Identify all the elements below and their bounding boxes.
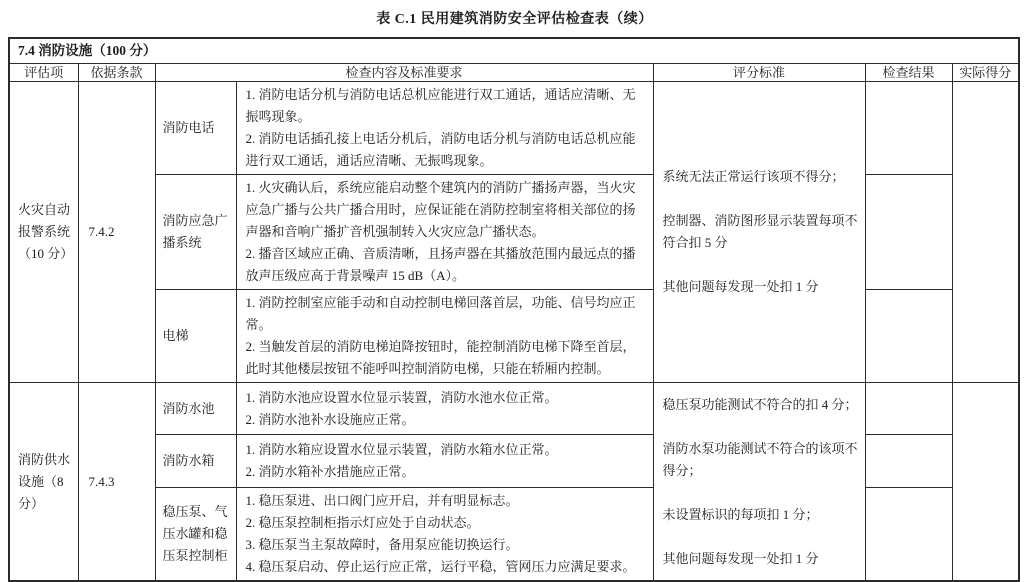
content-cell: 1. 稳压泵进、出口阀门应开启，并有明显标志。 2. 稳压泵控制柜指示灯应处于自… xyxy=(236,488,653,582)
subitem-name-elevator: 电梯 xyxy=(155,290,236,383)
subitem-name-stabilizer-pump: 稳压泵、气压水罐和稳压泵控制柜 xyxy=(155,488,236,582)
scoring-cell: 系统无法正常运行该项不得分； 控制器、消防图形显示装置每项不符合扣 5 分 其他… xyxy=(653,82,865,383)
content-line: 1. 稳压泵进、出口阀门应开启，并有明显标志。 xyxy=(246,490,647,512)
section-header-row: 7.4 消防设施（100 分） xyxy=(9,38,1019,64)
scoring-line: 系统无法正常运行该项不得分； xyxy=(663,166,859,188)
content-line: 2. 消防水池补水设施应正常。 xyxy=(246,409,647,431)
content-line: 2. 稳压泵控制柜指示灯应处于自动状态。 xyxy=(246,512,647,534)
content-cell: 1. 消防水池应设置水位显示装置，消防水池水位正常。 2. 消防水池补水设施应正… xyxy=(236,383,653,435)
col-header-item: 评估项 xyxy=(9,64,78,82)
content-line: 4. 稳压泵启动、停止运行应正常，运行平稳，管网压力应满足要求。 xyxy=(246,556,647,578)
scoring-line: 未设置标识的每项扣 1 分； xyxy=(663,504,859,526)
result-cell-empty xyxy=(865,383,952,435)
result-cell-empty xyxy=(865,175,952,290)
table-row: 火灾自动报警系统（10 分） 7.4.2 消防电话 1. 消防电话分机与消防电话… xyxy=(9,82,1019,175)
score-cell-empty xyxy=(952,383,1019,582)
table-row: 稳压泵、气压水罐和稳压泵控制柜 1. 稳压泵进、出口阀门应开启，并有明显标志。 … xyxy=(9,488,1019,582)
scoring-line: 消防水泵功能测试不符合的该项不得分； xyxy=(663,438,859,482)
col-header-score: 实际得分 xyxy=(952,64,1019,82)
subitem-name-fire-pool: 消防水池 xyxy=(155,383,236,435)
score-cell-empty xyxy=(952,82,1019,383)
content-line: 2. 当触发首层的消防电梯迫降按钮时，能控制消防电梯下降至首层，此时其他楼层按钮… xyxy=(246,336,647,380)
table-row: 电梯 1. 消防控制室应能手动和自动控制电梯回落首层，功能、信号均应正常。 2.… xyxy=(9,290,1019,383)
scoring-line: 其他问题每发现一处扣 1 分 xyxy=(663,276,859,298)
subitem-name-fire-telephone: 消防电话 xyxy=(155,82,236,175)
content-line: 3. 稳压泵当主泵故障时，备用泵应能切换运行。 xyxy=(246,534,647,556)
scoring-line: 其他问题每发现一处扣 1 分 xyxy=(663,548,859,570)
content-line: 2. 消防水箱补水措施应正常。 xyxy=(246,461,647,483)
clause-cell: 7.4.2 xyxy=(78,82,155,383)
col-header-clause: 依据条款 xyxy=(78,64,155,82)
result-cell-empty xyxy=(865,435,952,488)
item-cell-fire-alarm-system: 火灾自动报警系统（10 分） xyxy=(9,82,78,383)
scoring-line: 稳压泵功能测试不符合的扣 4 分； xyxy=(663,394,859,416)
section-header: 7.4 消防设施（100 分） xyxy=(9,38,1019,64)
result-cell-empty xyxy=(865,290,952,383)
content-line: 1. 消防电话分机与消防电话总机应能进行双工通话，通话应清晰、无振鸣现象。 xyxy=(246,84,647,128)
result-cell-empty xyxy=(865,488,952,582)
page-title: 表 C.1 民用建筑消防安全评估检查表（续） xyxy=(0,0,1029,37)
content-line: 1. 消防水池应设置水位显示装置，消防水池水位正常。 xyxy=(246,387,647,409)
scoring-cell: 稳压泵功能测试不符合的扣 4 分； 消防水泵功能测试不符合的该项不得分； 未设置… xyxy=(653,383,865,582)
col-header-content: 检查内容及标准要求 xyxy=(155,64,653,82)
clause-cell: 7.4.3 xyxy=(78,383,155,582)
evaluation-table: 7.4 消防设施（100 分） 评估项 依据条款 检查内容及标准要求 评分标准 … xyxy=(8,37,1020,582)
table-row: 消防供水设施（8 分） 7.4.3 消防水池 1. 消防水池应设置水位显示装置，… xyxy=(9,383,1019,435)
content-line: 1. 火灾确认后，系统应能启动整个建筑内的消防广播扬声器，当火灾应急广播与公共广… xyxy=(246,177,647,243)
content-line: 2. 消防电话插孔接上电话分机后，消防电话分机与消防电话总机应能进行双工通话，通… xyxy=(246,128,647,172)
col-header-result: 检查结果 xyxy=(865,64,952,82)
content-cell: 1. 火灾确认后，系统应能启动整个建筑内的消防广播扬声器，当火灾应急广播与公共广… xyxy=(236,175,653,290)
content-line: 1. 消防水箱应设置水位显示装置，消防水箱水位正常。 xyxy=(246,439,647,461)
item-cell-water-supply: 消防供水设施（8 分） xyxy=(9,383,78,582)
table-row: 消防应急广播系统 1. 火灾确认后，系统应能启动整个建筑内的消防广播扬声器，当火… xyxy=(9,175,1019,290)
content-cell: 1. 消防电话分机与消防电话总机应能进行双工通话，通话应清晰、无振鸣现象。 2.… xyxy=(236,82,653,175)
content-cell: 1. 消防水箱应设置水位显示装置，消防水箱水位正常。 2. 消防水箱补水措施应正… xyxy=(236,435,653,488)
content-cell: 1. 消防控制室应能手动和自动控制电梯回落首层，功能、信号均应正常。 2. 当触… xyxy=(236,290,653,383)
content-line: 1. 消防控制室应能手动和自动控制电梯回落首层，功能、信号均应正常。 xyxy=(246,292,647,336)
subitem-name-emergency-broadcast: 消防应急广播系统 xyxy=(155,175,236,290)
col-header-scoring: 评分标准 xyxy=(653,64,865,82)
scoring-line: 控制器、消防图形显示装置每项不符合扣 5 分 xyxy=(663,210,859,254)
subitem-name-fire-tank: 消防水箱 xyxy=(155,435,236,488)
column-header-row: 评估项 依据条款 检查内容及标准要求 评分标准 检查结果 实际得分 xyxy=(9,64,1019,82)
content-line: 2. 播音区域应正确、音质清晰，且扬声器在其播放范围内最远点的播放声压级应高于背… xyxy=(246,243,647,287)
result-cell-empty xyxy=(865,82,952,175)
table-row: 消防水箱 1. 消防水箱应设置水位显示装置，消防水箱水位正常。 2. 消防水箱补… xyxy=(9,435,1019,488)
